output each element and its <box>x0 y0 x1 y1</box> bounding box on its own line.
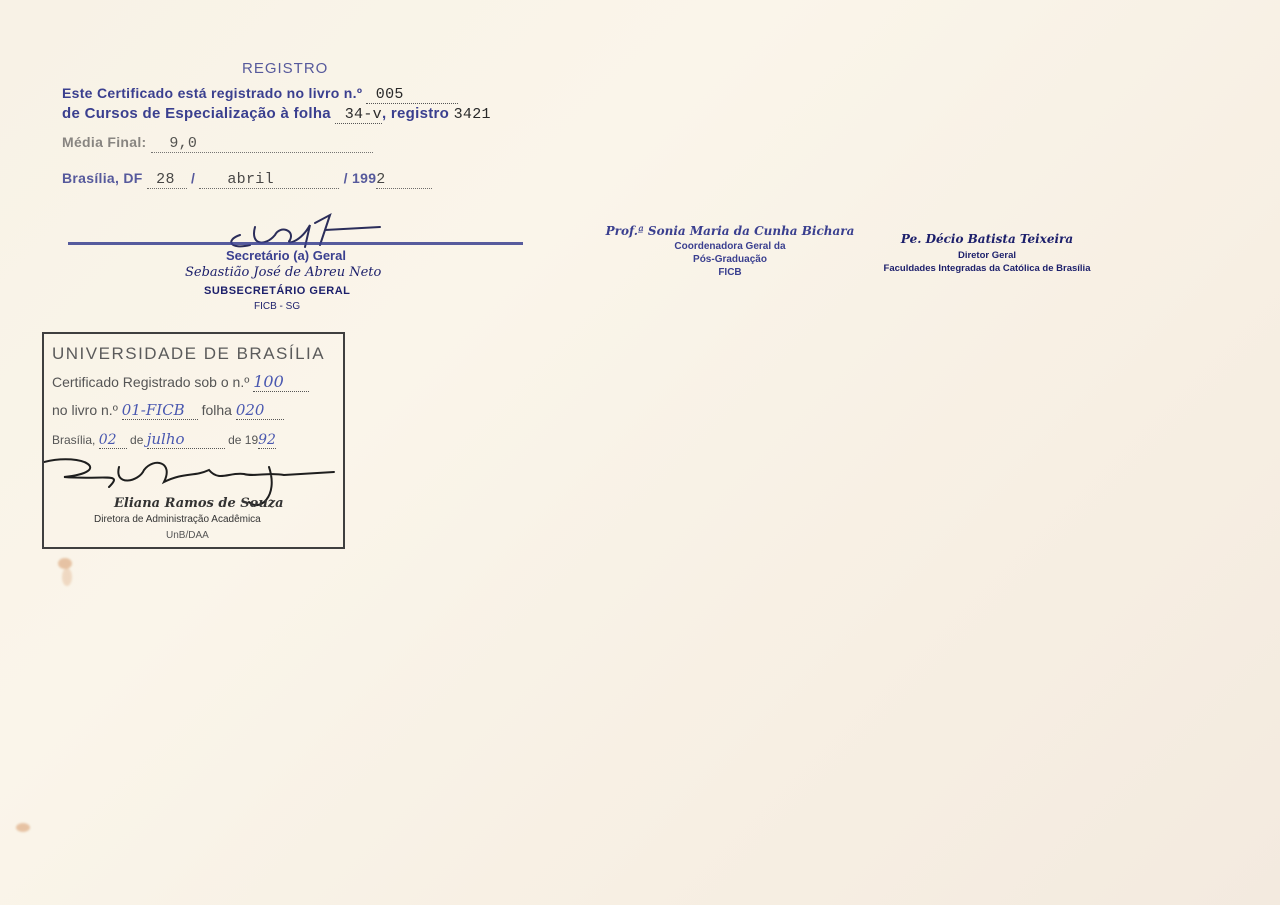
registro-number: 3421 <box>454 106 491 123</box>
unb-registration-stamp: UNIVERSIDADE DE BRASÍLIA Certificado Reg… <box>42 332 345 549</box>
coordinator-name: Prof.ª Sonia Maria da Cunha Bichara <box>590 224 870 238</box>
secretary-role: SUBSECRETÁRIO GERAL <box>204 285 350 297</box>
date-line: Brasília, DF 28 / abril / 1992 <box>62 170 432 189</box>
stamp-title: UNIVERSIDADE DE BRASÍLIA <box>52 344 325 364</box>
paper-stain <box>16 823 30 832</box>
coordinator-org: FICB <box>590 267 870 278</box>
secretary-name: Sebastião José de Abreu Neto <box>185 265 381 280</box>
director-signature-block: Pe. Décio Batista Teixeira Diretor Geral… <box>862 232 1112 274</box>
director-name: Pe. Décio Batista Teixeira <box>862 232 1112 246</box>
signer-org: UnB/DAA <box>166 530 209 541</box>
registro-heading: REGISTRO <box>242 60 328 77</box>
stamp-livro-line: no livro n.º 01-FICB folha 020 <box>52 401 284 420</box>
folha-value-field: 020 <box>236 401 284 420</box>
year-prefix: / 199 <box>344 170 377 186</box>
coordinator-role-1: Coordenadora Geral da <box>590 241 870 252</box>
signature-line <box>68 242 523 245</box>
livro-label: Este Certificado está registrado no livr… <box>62 85 362 101</box>
director-org: Faculdades Integradas da Católica de Bra… <box>862 263 1112 274</box>
secretary-title: Secretário (a) Geral <box>226 248 346 263</box>
signer-name: Eliana Ramos de Souza <box>114 496 284 511</box>
livro-number-field: 005 <box>366 86 458 104</box>
registro-line-folha: de Cursos de Especialização à folha 34-v… <box>62 105 491 124</box>
folha-field: 34-v <box>335 106 382 124</box>
cert-number-field: 100 <box>253 372 309 392</box>
folha-label: folha <box>202 402 232 418</box>
coordinator-role-2: Pós-Graduação <box>590 254 870 265</box>
livro-value-field: 01-FICB <box>122 401 198 420</box>
month-field: abril <box>199 171 339 189</box>
coordinator-signature-block: Prof.ª Sonia Maria da Cunha Bichara Coor… <box>590 224 870 278</box>
signer-role: Diretora de Administração Acadêmica <box>94 514 261 525</box>
place-label: Brasília, DF <box>62 170 143 186</box>
registro-label: , registro <box>382 105 449 122</box>
livro-label: no livro n.º <box>52 402 118 418</box>
year-field: 2 <box>376 171 432 189</box>
cert-label: Certificado Registrado sob o n.º <box>52 374 249 390</box>
registro-line-livro: Este Certificado está registrado no livr… <box>62 85 458 104</box>
paper-stain <box>62 568 72 586</box>
stamp-cert-line: Certificado Registrado sob o n.º 100 <box>52 372 309 392</box>
folha-label: de Cursos de Especialização à folha <box>62 105 331 122</box>
media-label: Média Final: <box>62 134 147 150</box>
secretary-org: FICB - SG <box>254 301 300 312</box>
day-field: 28 <box>147 171 187 189</box>
director-role: Diretor Geral <box>862 250 1112 261</box>
media-value-field: 9,0 <box>151 135 373 153</box>
media-final-line: Média Final: 9,0 <box>62 134 373 153</box>
